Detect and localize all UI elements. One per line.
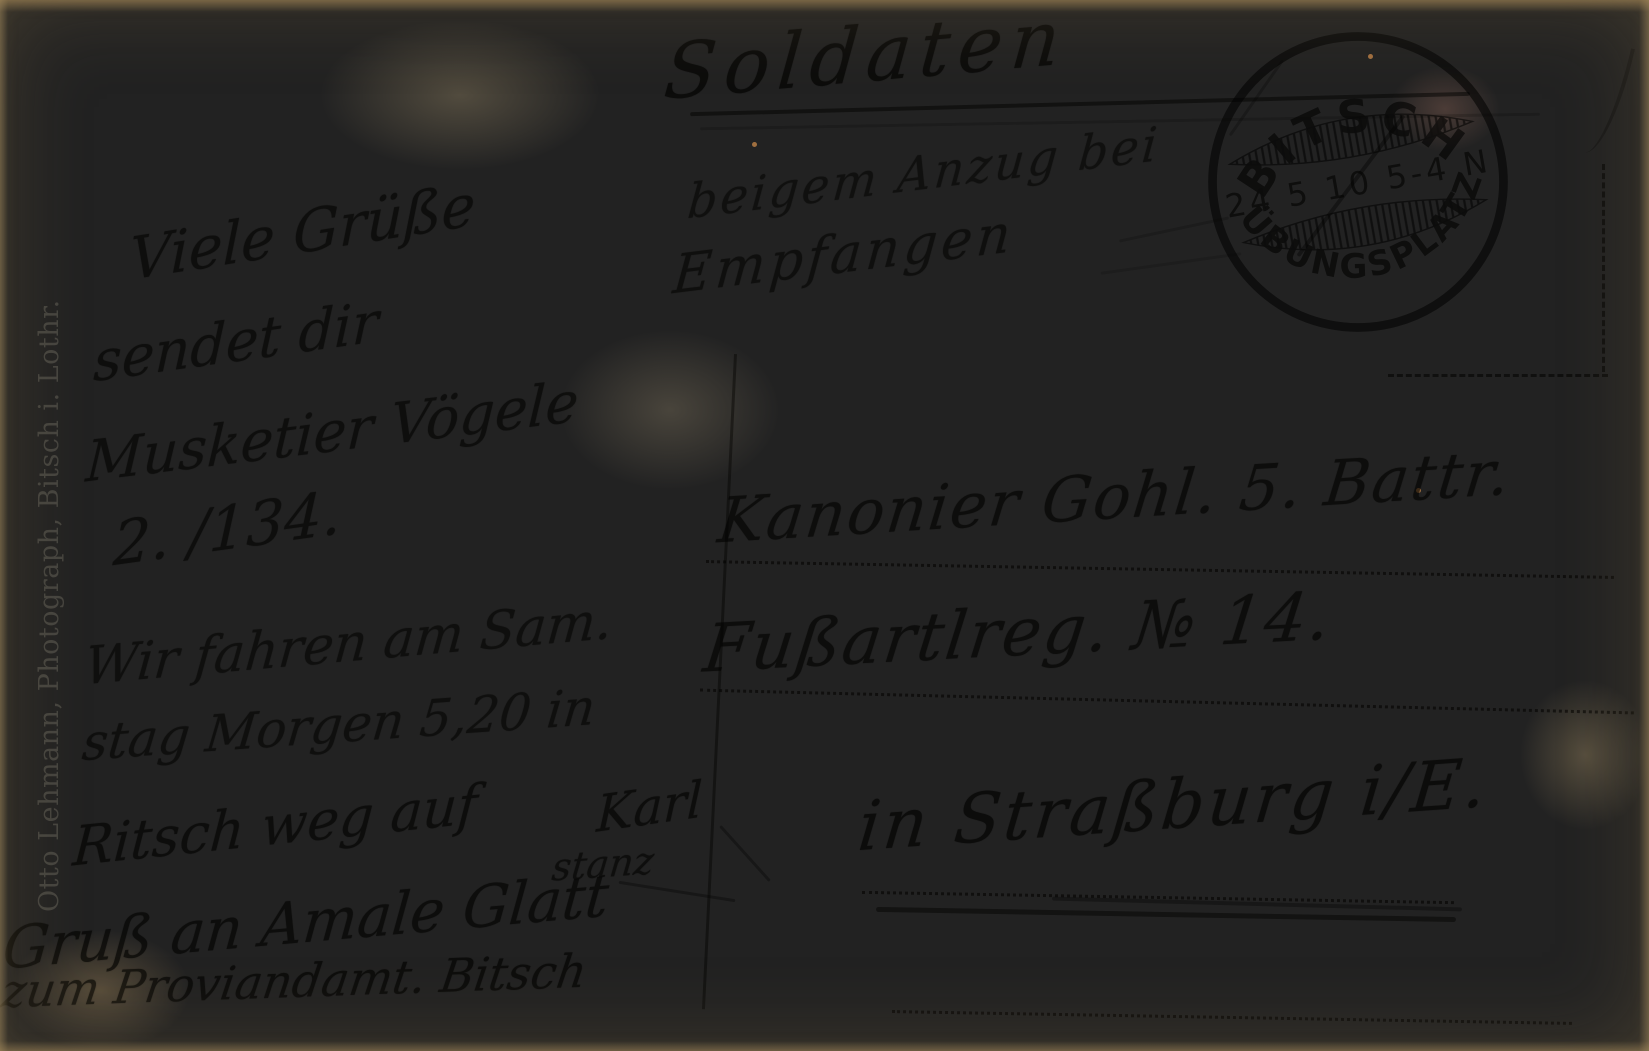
paper-vignette (0, 0, 1649, 1051)
postcard-scan: Otto Lehmann, Photograph, Bitsch i. Loth… (0, 0, 1649, 1051)
